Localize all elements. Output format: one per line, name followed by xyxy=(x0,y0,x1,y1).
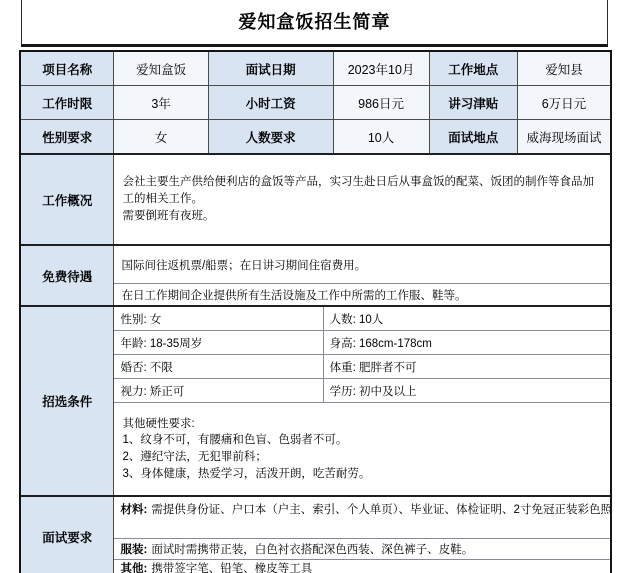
criteria-marriage: 婚否: 不限 xyxy=(114,355,322,378)
free-benefits-content: 国际间往返机票/船票；在日讲习期间住宿费用。 在日工作期间企业提供所有生活设施及… xyxy=(113,246,610,305)
dress-prefix: 服装: xyxy=(120,541,147,557)
criteria-row-vision-education: 视力: 矫正可 学历: 初中及以上 xyxy=(114,379,610,403)
criteria-row-marriage-weight: 婚否: 不限 体重: 肥胖者不可 xyxy=(114,355,610,379)
hourly-wage-label: 小时工资 xyxy=(208,86,333,119)
hourly-wage-value: 986日元 xyxy=(333,86,429,119)
job-overview-content: 会社主要生产供给便利店的盒饭等产品，实习生赴日后从事盒饭的配菜、饭团的制作等食品… xyxy=(113,155,610,244)
criteria-education: 学历: 初中及以上 xyxy=(323,379,610,402)
interview-date-value: 2023年10月 xyxy=(333,52,429,85)
criteria-weight: 体重: 肥胖者不可 xyxy=(323,355,610,378)
interview-date-label: 面试日期 xyxy=(208,52,333,85)
project-name-value: 爱知盒饭 xyxy=(113,52,207,85)
job-overview-label: 工作概况 xyxy=(21,155,113,244)
criteria-height: 身高: 168cm-178cm xyxy=(323,331,610,354)
table-row-gender: 性别要求 女 人数要求 10人 面试地点 威海现场面试 xyxy=(21,119,610,153)
materials-prefix: 材料: xyxy=(120,504,147,516)
job-overview-line2: 需要倒班有夜班。 xyxy=(122,208,602,225)
job-overview-line1: 会社主要生产供给便利店的盒饭等产品，实习生赴日后从事盒饭的配菜、饭团的制作等食品… xyxy=(122,174,602,209)
criteria-count: 人数: 10人 xyxy=(323,307,610,330)
interview-location-label: 面试地点 xyxy=(429,120,517,153)
gender-requirement-value: 女 xyxy=(113,120,207,153)
section-job-overview: 工作概况 会社主要生产供给便利店的盒饭等产品，实习生赴日后从事盒饭的配菜、饭团的… xyxy=(21,153,610,244)
section-free-benefits: 免费待遇 国际间往返机票/船票；在日讲习期间住宿费用。 在日工作期间企业提供所有… xyxy=(21,244,610,305)
free-benefit-item-2: 在日工作期间企业提供所有生活设施及工作中所需的工作服、鞋等。 xyxy=(114,284,610,305)
work-location-value: 爱知县 xyxy=(517,52,610,85)
title-bar: 爱知盒饭招生简章 xyxy=(21,0,608,47)
selection-criteria-label: 招选条件 xyxy=(21,307,113,495)
gender-requirement-label: 性别要求 xyxy=(21,120,113,153)
section-selection-criteria: 招选条件 性别: 女 人数: 10人 年龄: 18-35周岁 身高: 168cm… xyxy=(21,305,610,495)
recruitment-table: 项目名称 爱知盒饭 面试日期 2023年10月 工作地点 爱知县 工作时限 3年… xyxy=(19,50,612,573)
training-allowance-label: 讲习津贴 xyxy=(429,86,517,119)
interview-requirements-label: 面试要求 xyxy=(21,497,113,573)
criteria-row-gender-count: 性别: 女 人数: 10人 xyxy=(114,307,610,331)
criteria-other-requirements: 其他硬性要求: 1、纹身不可，有腰痛和色盲、色弱者不可。 2、遵纪守法，无犯罪前… xyxy=(114,403,610,495)
selection-criteria-content: 性别: 女 人数: 10人 年龄: 18-35周岁 身高: 168cm-178c… xyxy=(113,307,610,495)
other-requirement-2: 2、遵纪守法，无犯罪前科； xyxy=(122,449,602,466)
recruitment-notice-document: 爱知盒饭招生简章 项目名称 爱知盒饭 面试日期 2023年10月 工作地点 爱知… xyxy=(0,0,619,573)
headcount-label: 人数要求 xyxy=(208,120,333,153)
table-row-project: 项目名称 爱知盒饭 面试日期 2023年10月 工作地点 爱知县 xyxy=(21,52,610,85)
project-name-label: 项目名称 xyxy=(21,52,113,85)
interview-requirements-content: 材料:需提供身份证、户口本（户主、索引、个人单页）、毕业证、体检证明、2寸免冠正… xyxy=(113,497,610,573)
free-benefits-label: 免费待遇 xyxy=(21,246,113,305)
work-location-label: 工作地点 xyxy=(429,52,517,85)
free-benefit-item-1: 国际间往返机票/船票；在日讲习期间住宿费用。 xyxy=(114,246,610,284)
interview-materials-row: 材料:需提供身份证、户口本（户主、索引、个人单页）、毕业证、体检证明、2寸免冠正… xyxy=(114,497,610,539)
criteria-row-age-height: 年龄: 18-35周岁 身高: 168cm-178cm xyxy=(114,331,610,355)
page-title: 爱知盒饭招生简章 xyxy=(239,8,391,34)
section-interview-requirements: 面试要求 材料:需提供身份证、户口本（户主、索引、个人单页）、毕业证、体检证明、… xyxy=(21,495,610,573)
other-prefix: 其他: xyxy=(120,560,147,573)
table-row-term: 工作时限 3年 小时工资 986日元 讲习津贴 6万日元 xyxy=(21,85,610,119)
other-requirement-1: 1、纹身不可，有腰痛和色盲、色弱者不可。 xyxy=(122,432,602,449)
training-allowance-value: 6万日元 xyxy=(517,86,610,119)
headcount-value: 10人 xyxy=(333,120,429,153)
other-requirements-title: 其他硬性要求: xyxy=(122,416,602,433)
interview-other-row: 其他:携带签字笔、铅笔、橡皮等工具 xyxy=(114,560,610,573)
dress-text: 面试时需携带正装，白色衬衣搭配深色西装、深色裤子、皮鞋。 xyxy=(151,541,473,557)
work-term-value: 3年 xyxy=(113,86,207,119)
criteria-vision: 视力: 矫正可 xyxy=(114,379,322,402)
interview-dress-row: 服装:面试时需携带正装，白色衬衣搭配深色西装、深色裤子、皮鞋。 xyxy=(114,539,610,560)
criteria-age: 年龄: 18-35周岁 xyxy=(114,331,322,354)
materials-text: 需提供身份证、户口本（户主、索引、个人单页）、毕业证、体检证明、2寸免冠正装彩色… xyxy=(151,504,610,516)
other-text: 携带签字笔、铅笔、橡皮等工具 xyxy=(151,560,312,573)
criteria-gender: 性别: 女 xyxy=(114,307,322,330)
other-requirement-3: 3、身体健康，热爱学习，活泼开朗，吃苦耐劳。 xyxy=(122,466,602,483)
interview-location-value: 威海现场面试 xyxy=(517,120,610,153)
work-term-label: 工作时限 xyxy=(21,86,113,119)
